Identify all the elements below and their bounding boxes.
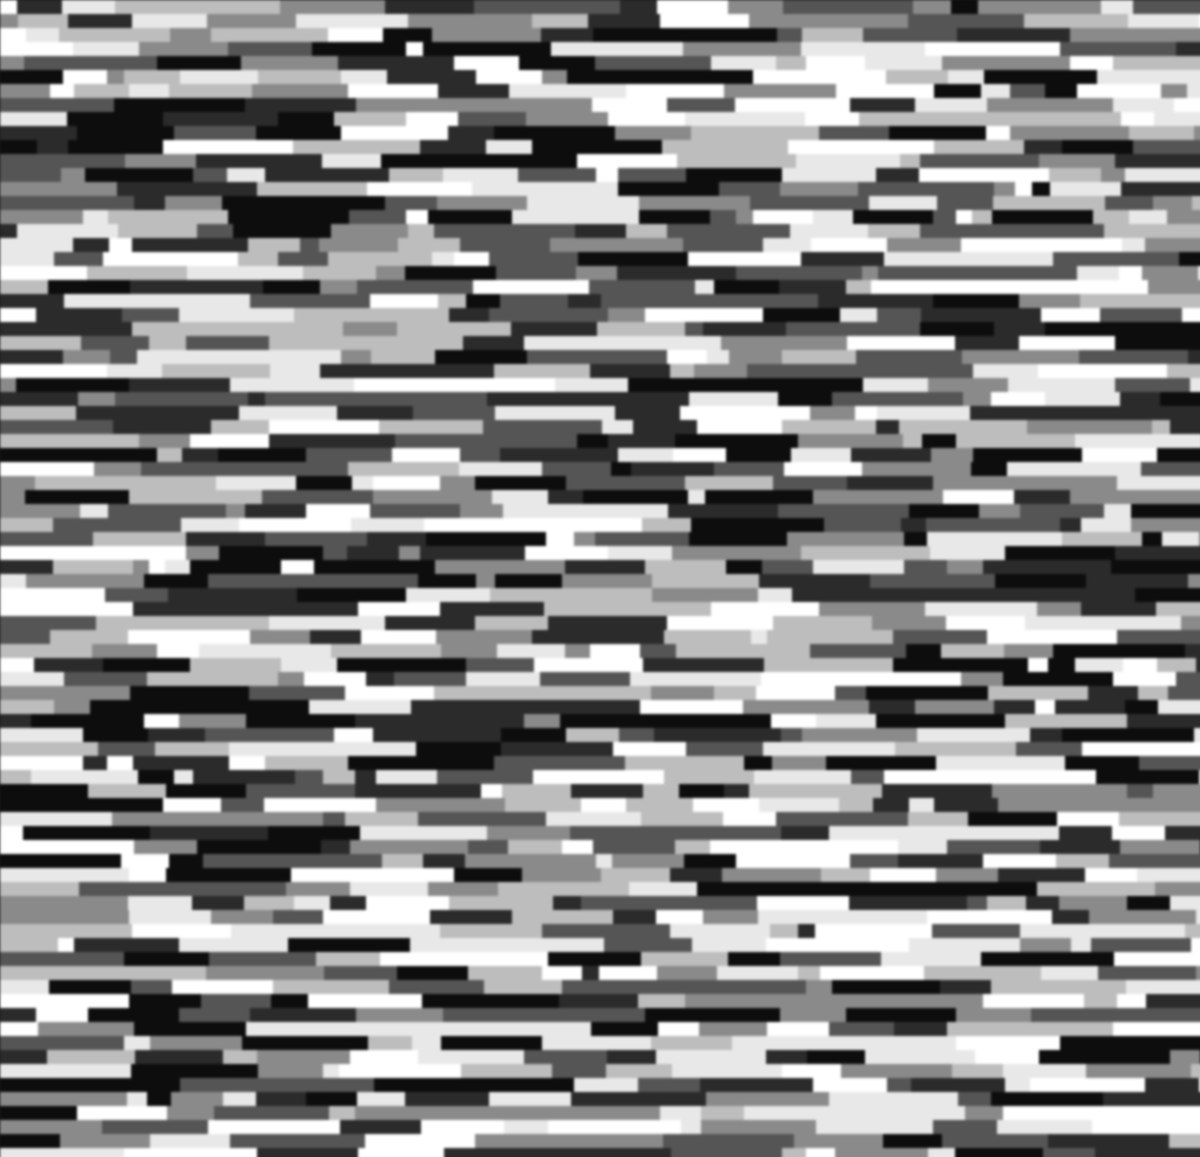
mosaic-cell bbox=[418, 686, 434, 700]
mosaic-cell bbox=[950, 420, 1027, 434]
mosaic-cell bbox=[89, 546, 186, 560]
mosaic-cell bbox=[323, 812, 345, 826]
mosaic-cell bbox=[1117, 994, 1146, 1008]
mosaic-cell bbox=[520, 518, 642, 532]
mosaic-cell bbox=[246, 1022, 346, 1036]
mosaic-cell bbox=[385, 224, 408, 238]
mosaic-cell bbox=[345, 812, 418, 826]
mosaic-cell bbox=[0, 1134, 60, 1148]
mosaic-cell bbox=[148, 728, 205, 742]
mosaic-cell bbox=[1194, 98, 1200, 112]
mosaic-cell bbox=[352, 476, 373, 490]
mosaic-cell bbox=[339, 1064, 461, 1078]
mosaic-cell bbox=[818, 294, 933, 308]
mosaic-cell bbox=[714, 462, 784, 476]
mosaic-cell bbox=[1113, 56, 1200, 70]
mosaic-cell bbox=[0, 476, 35, 490]
mosaic-cell bbox=[728, 952, 780, 966]
mosaic-cell bbox=[1120, 840, 1200, 854]
mosaic-cell bbox=[1196, 658, 1200, 672]
mosaic-cell bbox=[131, 980, 172, 994]
mosaic-cell bbox=[88, 784, 166, 798]
mosaic-cell bbox=[1119, 812, 1200, 826]
mosaic-cell bbox=[0, 0, 17, 14]
mosaic-cell bbox=[841, 1036, 956, 1050]
mosaic-cell bbox=[490, 588, 557, 602]
mosaic-cell bbox=[1183, 1036, 1200, 1050]
mosaic-cell bbox=[370, 294, 404, 308]
mosaic-cell bbox=[165, 560, 190, 574]
mosaic-cell bbox=[613, 742, 686, 756]
mosaic-cell bbox=[74, 84, 129, 98]
mosaic-cell bbox=[475, 616, 548, 630]
mosaic-cell bbox=[0, 1120, 102, 1134]
mosaic-cell bbox=[124, 1148, 257, 1157]
mosaic-cell bbox=[0, 840, 134, 854]
mosaic-cell bbox=[813, 560, 904, 574]
mosaic-cell bbox=[0, 294, 64, 308]
mosaic-cell bbox=[323, 910, 430, 924]
mosaic-cell bbox=[418, 574, 476, 588]
mosaic-cell bbox=[798, 966, 820, 980]
mosaic-cell bbox=[820, 966, 924, 980]
mosaic-cell bbox=[512, 210, 639, 224]
mosaic-cell bbox=[932, 924, 1020, 938]
mosaic-cell bbox=[230, 378, 354, 392]
mosaic-cell bbox=[802, 728, 917, 742]
mosaic-cell bbox=[946, 826, 1059, 840]
mosaic-cell bbox=[41, 1092, 127, 1106]
mosaic-cell bbox=[0, 378, 16, 392]
mosaic-cell bbox=[826, 756, 936, 770]
mosaic-cell bbox=[163, 112, 278, 126]
mosaic-cell bbox=[25, 490, 129, 504]
mosaic-cell bbox=[0, 448, 78, 462]
mosaic-cell bbox=[948, 70, 984, 84]
mosaic-cell bbox=[401, 0, 474, 14]
mosaic-cell bbox=[703, 910, 758, 924]
mosaic-cell bbox=[642, 518, 691, 532]
mosaic-cell bbox=[0, 490, 25, 504]
mosaic-cell bbox=[1056, 854, 1109, 868]
mosaic-cell bbox=[847, 336, 955, 350]
mosaic-cell bbox=[489, 308, 608, 322]
mosaic-cell bbox=[620, 0, 657, 14]
mosaic-cell bbox=[1139, 756, 1200, 770]
mosaic-cell bbox=[69, 630, 128, 644]
mosaic-cell bbox=[376, 336, 463, 350]
mosaic-cell bbox=[667, 224, 790, 238]
mosaic-cell bbox=[933, 1120, 997, 1134]
mosaic-cell bbox=[383, 28, 432, 42]
mosaic-cell bbox=[53, 560, 133, 574]
mosaic-cell bbox=[458, 112, 526, 126]
mosaic-cell bbox=[231, 924, 314, 938]
mosaic-cell bbox=[994, 700, 1035, 714]
mosaic-cell bbox=[484, 980, 562, 994]
mosaic-cell bbox=[228, 42, 312, 56]
mosaic-cell bbox=[186, 546, 219, 560]
mosaic-cell bbox=[925, 42, 1060, 56]
mosaic-cell bbox=[714, 280, 779, 294]
mosaic-cell bbox=[970, 784, 992, 798]
mosaic-cell bbox=[397, 322, 511, 336]
mosaic-cell bbox=[1101, 168, 1125, 182]
mosaic-cell bbox=[454, 252, 489, 266]
mosaic-cell bbox=[956, 1036, 1060, 1050]
mosaic-cell bbox=[163, 140, 293, 154]
mosaic-cell bbox=[921, 308, 1041, 322]
mosaic-cell bbox=[676, 644, 810, 658]
mosaic-cell bbox=[300, 238, 319, 252]
mosaic-cell bbox=[626, 84, 724, 98]
mosaic-cell bbox=[0, 196, 134, 210]
mosaic-cell bbox=[840, 672, 961, 686]
mosaic-cell bbox=[48, 280, 130, 294]
mosaic-cell bbox=[1075, 616, 1181, 630]
mosaic-cell bbox=[915, 700, 994, 714]
mosaic-cell bbox=[979, 504, 1020, 518]
mosaic-cell bbox=[612, 644, 640, 658]
mosaic-cell bbox=[286, 882, 350, 896]
mosaic-cell bbox=[947, 560, 983, 574]
mosaic-cell bbox=[474, 0, 529, 14]
mosaic-cell bbox=[496, 266, 576, 280]
mosaic-cell bbox=[180, 70, 205, 84]
mosaic-cell bbox=[87, 266, 187, 280]
mosaic-cell bbox=[753, 210, 813, 224]
mosaic-cell bbox=[36, 1008, 88, 1022]
mosaic-cell bbox=[788, 140, 835, 154]
mosaic-cell bbox=[468, 840, 508, 854]
mosaic-cell bbox=[785, 742, 895, 756]
mosaic-cell bbox=[1157, 1008, 1200, 1022]
mosaic-cell bbox=[1049, 168, 1101, 182]
mosaic-cell bbox=[329, 1106, 355, 1120]
mosaic-cell bbox=[494, 364, 590, 378]
mosaic-cell bbox=[732, 1036, 755, 1050]
mosaic-cell bbox=[629, 882, 697, 896]
mosaic-cell bbox=[689, 392, 778, 406]
mosaic-cell bbox=[566, 728, 619, 742]
mosaic-cell bbox=[0, 616, 96, 630]
mosaic-cell bbox=[757, 896, 849, 910]
mosaic-cell bbox=[0, 308, 36, 322]
mosaic-cell bbox=[886, 70, 948, 84]
mosaic-cell bbox=[283, 350, 341, 364]
mosaic-cell bbox=[0, 784, 88, 798]
mosaic-cell bbox=[856, 350, 962, 364]
mosaic-cell bbox=[909, 798, 934, 812]
mosaic-cell bbox=[1106, 280, 1148, 294]
mosaic-cell bbox=[670, 868, 722, 882]
mosaic-cell bbox=[707, 350, 729, 364]
mosaic-cell bbox=[438, 84, 509, 98]
mosaic-cell bbox=[107, 364, 162, 378]
mosaic-cell bbox=[781, 826, 829, 840]
mosaic-cell bbox=[0, 1036, 124, 1050]
mosaic-cell bbox=[1003, 1064, 1086, 1078]
mosaic-cell bbox=[61, 798, 145, 812]
mosaic-cell bbox=[1170, 1050, 1200, 1064]
mosaic-cell bbox=[223, 462, 348, 476]
mosaic-cell bbox=[1145, 1078, 1199, 1092]
mosaic-cell bbox=[1015, 182, 1032, 196]
mosaic-cell bbox=[787, 532, 904, 546]
mosaic-cell bbox=[542, 1036, 651, 1050]
mosaic-cell bbox=[443, 168, 518, 182]
mosaic-cell bbox=[631, 462, 714, 476]
mosaic-cell bbox=[798, 434, 903, 448]
mosaic-cell bbox=[179, 1008, 250, 1022]
mosaic-cell bbox=[952, 1064, 1003, 1078]
mosaic-cell bbox=[1086, 1064, 1191, 1078]
mosaic-cell bbox=[90, 700, 174, 714]
mosaic-cell bbox=[1191, 938, 1200, 952]
mosaic-cell bbox=[799, 378, 863, 392]
mosaic-cell bbox=[1157, 658, 1196, 672]
mosaic-cell bbox=[328, 28, 383, 42]
mosaic-cell bbox=[1045, 84, 1077, 98]
mosaic-cell bbox=[926, 518, 1060, 532]
mosaic-cell bbox=[337, 560, 435, 574]
mosaic-cell bbox=[692, 938, 766, 952]
mosaic-cell bbox=[1011, 588, 1135, 602]
mosaic-cell bbox=[0, 812, 112, 826]
mosaic-cell bbox=[92, 644, 157, 658]
mosaic-cell bbox=[197, 224, 233, 238]
mosaic-cell bbox=[63, 70, 107, 84]
mosaic-cell bbox=[824, 518, 901, 532]
mosaic-cell bbox=[1113, 672, 1176, 686]
mosaic-cell bbox=[306, 448, 392, 462]
mosaic-cell bbox=[341, 70, 387, 84]
mosaic-cell bbox=[486, 140, 532, 154]
mosaic-cell bbox=[583, 490, 688, 504]
mosaic-cell bbox=[1097, 70, 1130, 84]
mosaic-cell bbox=[117, 182, 154, 196]
mosaic-cell bbox=[449, 896, 553, 910]
mosaic-cell bbox=[166, 784, 246, 798]
mosaic-cell bbox=[77, 1106, 167, 1120]
mosaic-cell bbox=[1007, 462, 1141, 476]
mosaic-cell bbox=[987, 630, 1117, 644]
mosaic-cell bbox=[678, 980, 806, 994]
mosaic-cell bbox=[435, 350, 527, 364]
mosaic-cell bbox=[479, 1078, 574, 1092]
mosaic-cell bbox=[805, 112, 859, 126]
mosaic-cell bbox=[710, 210, 736, 224]
mosaic-cell bbox=[908, 14, 1024, 28]
mosaic-cell bbox=[177, 882, 286, 896]
mosaic-cell bbox=[174, 126, 256, 140]
mosaic-cell bbox=[0, 322, 132, 336]
mosaic-cell bbox=[777, 266, 862, 280]
mosaic-cell bbox=[992, 784, 1013, 798]
mosaic-cell bbox=[463, 336, 524, 350]
mosaic-cell bbox=[1193, 854, 1200, 868]
mosaic-cell bbox=[1003, 1106, 1136, 1120]
mosaic-cell bbox=[870, 574, 995, 588]
mosaic-cell bbox=[273, 980, 389, 994]
mosaic-cell bbox=[1053, 252, 1179, 266]
mosaic-cell bbox=[1155, 882, 1200, 896]
mosaic-cell bbox=[53, 518, 181, 532]
mosaic-cell bbox=[357, 1092, 405, 1106]
mosaic-cell bbox=[961, 238, 1015, 252]
mosaic-cell bbox=[677, 154, 796, 168]
mosaic-cell bbox=[266, 322, 343, 336]
mosaic-cell bbox=[62, 0, 115, 14]
mosaic-cell bbox=[321, 840, 350, 854]
mosaic-cell bbox=[913, 280, 1034, 294]
mosaic-cell bbox=[1004, 644, 1053, 658]
mosaic-cell bbox=[815, 924, 932, 938]
mosaic-cell bbox=[324, 966, 397, 980]
mosaic-cell bbox=[379, 420, 483, 434]
mosaic-cell bbox=[533, 770, 664, 784]
mosaic-cell bbox=[588, 14, 660, 28]
mosaic-cell bbox=[903, 434, 922, 448]
mosaic-cell bbox=[0, 1022, 38, 1036]
mosaic-cell bbox=[338, 56, 427, 70]
mosaic-cell bbox=[638, 994, 685, 1008]
mosaic-cell bbox=[1128, 798, 1200, 812]
mosaic-cell bbox=[0, 224, 17, 238]
mosaic-cell bbox=[1080, 294, 1200, 308]
mosaic-cell bbox=[1103, 1092, 1200, 1106]
mosaic-cell bbox=[863, 378, 928, 392]
mosaic-cell bbox=[662, 140, 788, 154]
mosaic-cell bbox=[686, 168, 782, 182]
mosaic-cell bbox=[0, 700, 54, 714]
mosaic-cell bbox=[908, 812, 968, 826]
mosaic-cell bbox=[660, 714, 771, 728]
mosaic-cell bbox=[832, 392, 963, 406]
mosaic-cell bbox=[645, 560, 726, 574]
mosaic-cell bbox=[347, 546, 399, 560]
mosaic-cell bbox=[983, 854, 1056, 868]
mosaic-cell bbox=[281, 658, 337, 672]
mosaic-cell bbox=[294, 896, 330, 910]
mosaic-cell bbox=[141, 462, 223, 476]
mosaic-cell bbox=[782, 168, 876, 182]
mosaic-cell bbox=[813, 1078, 887, 1092]
mosaic-cell bbox=[751, 630, 767, 644]
mosaic-cell bbox=[821, 868, 870, 882]
mosaic-cell bbox=[432, 252, 454, 266]
mosaic-cell bbox=[1035, 700, 1055, 714]
mosaic-cell bbox=[0, 238, 73, 252]
mosaic-cell bbox=[0, 854, 121, 868]
mosaic-cell bbox=[0, 630, 50, 644]
mosaic-cell bbox=[343, 322, 397, 336]
mosaic-cell bbox=[1062, 532, 1142, 546]
mosaic-cell bbox=[801, 252, 884, 266]
mosaic-cell bbox=[472, 182, 557, 196]
mosaic-cell bbox=[747, 364, 776, 378]
mosaic-cell bbox=[0, 560, 53, 574]
mosaic-cell bbox=[660, 1106, 701, 1120]
mosaic-cell bbox=[793, 994, 874, 1008]
mosaic-cell bbox=[0, 112, 67, 126]
mosaic-cell bbox=[887, 238, 961, 252]
mosaic-cell bbox=[1136, 1106, 1200, 1120]
mosaic-cell bbox=[229, 756, 265, 770]
mosaic-cell bbox=[1121, 182, 1200, 196]
mosaic-cell bbox=[722, 868, 821, 882]
mosaic-cell bbox=[577, 434, 608, 448]
mosaic-cell bbox=[1145, 350, 1188, 364]
mosaic-cell bbox=[876, 420, 899, 434]
mosaic-cell bbox=[157, 644, 199, 658]
mosaic-cell bbox=[726, 448, 791, 462]
mosaic-cell bbox=[150, 1036, 242, 1050]
mosaic-cell bbox=[47, 1050, 135, 1064]
mosaic-cell bbox=[358, 1148, 444, 1157]
mosaic-cell bbox=[1096, 770, 1199, 784]
mosaic-cell bbox=[645, 1008, 780, 1022]
mosaic-cell bbox=[290, 574, 418, 588]
mosaic-cell bbox=[961, 672, 1003, 686]
mosaic-cell bbox=[0, 280, 48, 294]
mosaic-cell bbox=[1092, 1120, 1196, 1134]
mosaic-cell bbox=[500, 294, 568, 308]
mosaic-cell bbox=[199, 644, 331, 658]
mosaic-cell bbox=[406, 210, 428, 224]
mosaic-cell bbox=[633, 350, 667, 364]
mosaic-cell bbox=[643, 784, 679, 798]
mosaic-cell bbox=[927, 910, 1052, 924]
mosaic-cell bbox=[503, 504, 572, 518]
mosaic-cell bbox=[813, 686, 835, 700]
mosaic-cell bbox=[199, 616, 217, 630]
mosaic-cell bbox=[129, 910, 211, 924]
mosaic-cell bbox=[1115, 378, 1190, 392]
mosaic-cell bbox=[1059, 826, 1080, 840]
mosaic-cell bbox=[314, 560, 337, 574]
mosaic-cell bbox=[915, 98, 987, 112]
mosaic-cell bbox=[192, 896, 244, 910]
mosaic-cell bbox=[868, 224, 920, 238]
mosaic-cell bbox=[782, 350, 856, 364]
mosaic-cell bbox=[420, 140, 486, 154]
mosaic-cell bbox=[1011, 434, 1075, 448]
mosaic-cell bbox=[987, 896, 1026, 910]
mosaic-cell bbox=[0, 406, 76, 420]
mosaic-cell bbox=[98, 742, 155, 756]
mosaic-cell bbox=[303, 266, 376, 280]
mosaic-cell bbox=[94, 462, 141, 476]
mosaic-cell bbox=[920, 882, 1037, 896]
mosaic-cell bbox=[26, 28, 59, 42]
mosaic-cell bbox=[0, 602, 133, 616]
mosaic-cell bbox=[862, 266, 878, 280]
mosaic-cell bbox=[121, 854, 169, 868]
mosaic-cell bbox=[686, 742, 763, 756]
mosaic-cell bbox=[652, 588, 758, 602]
mosaic-cell bbox=[943, 182, 994, 196]
mosaic-cell bbox=[626, 798, 693, 812]
mosaic-cell bbox=[1019, 294, 1080, 308]
mosaic-cell bbox=[607, 1050, 656, 1064]
mosaic-cell bbox=[753, 70, 886, 84]
mosaic-cell bbox=[454, 868, 522, 882]
mosaic-cell bbox=[270, 364, 320, 378]
mosaic-cell bbox=[724, 1078, 813, 1092]
mosaic-cell bbox=[934, 140, 1024, 154]
mosaic-cell bbox=[998, 798, 1128, 812]
